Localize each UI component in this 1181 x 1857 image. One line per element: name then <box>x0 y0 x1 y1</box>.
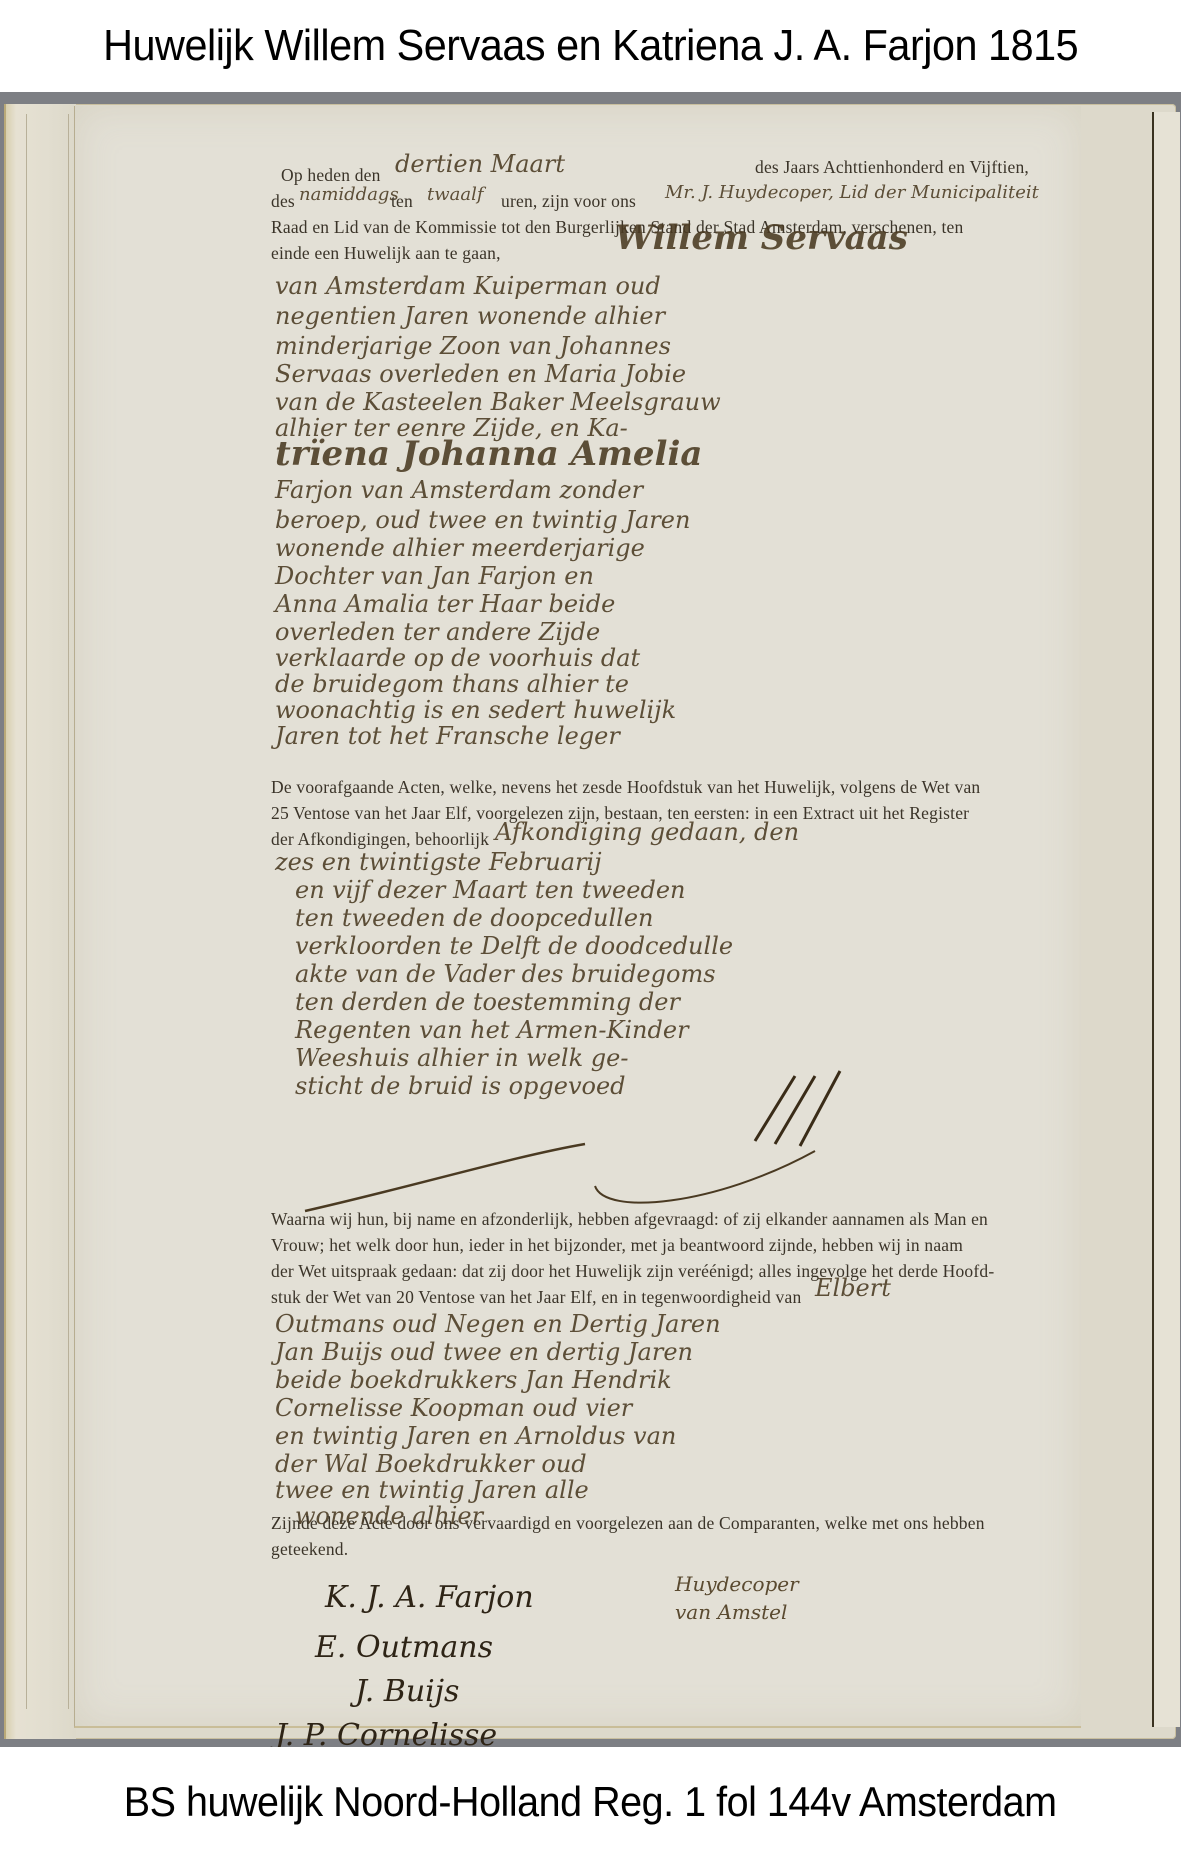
certificate-page: Op heden den dertien Maart des Jaars Ach… <box>74 106 1081 1728</box>
handwritten-groom-name: Willem Servaas <box>615 218 908 258</box>
handwritten-line: verkloorden te Delft de doodcedulle <box>295 932 733 960</box>
handwritten-date: dertien Maart <box>395 150 565 178</box>
handwritten-line: ten tweeden de doopcedullen <box>295 904 653 932</box>
handwritten-line: en vijf dezer Maart ten tweeden <box>295 876 685 904</box>
handwritten-line: Weeshuis alhier in welk ge- <box>295 1044 628 1072</box>
handwritten-line: woonachtig is en sedert huwelijk <box>275 696 676 724</box>
document-title: Huwelijk Willem Servaas en Katriena J. A… <box>103 21 1078 71</box>
handwritten-line: de bruidegom thans alhier te <box>275 670 629 698</box>
handwritten-line: akte van de Vader des bruidegoms <box>295 960 716 988</box>
printed-text: des Jaars Achttienhonderd en Vijftien, <box>755 154 1029 180</box>
handwritten-bride-name: trïena Johanna Amelia <box>275 434 702 474</box>
handwritten-line: verklaarde op de voorhuis dat <box>275 644 640 672</box>
printed-text: Vrouw; het welk door hun, ieder in het b… <box>271 1232 963 1258</box>
handwritten-line: beide boekdrukkers Jan Hendrik <box>275 1366 672 1394</box>
signature: Huydecoper <box>675 1572 799 1596</box>
handwritten-hour: twaalf <box>427 184 484 205</box>
signature: K. J. A. Farjon <box>325 1580 534 1615</box>
handwritten-line: negentien Jaren wonende alhier <box>275 302 665 330</box>
printed-text: des <box>271 188 295 214</box>
handwritten-line: zes en twintigste Februarij <box>275 848 602 876</box>
printed-text: ten <box>391 188 413 214</box>
printed-text: einde een Huwelijk aan te gaan, <box>271 240 501 266</box>
handwritten-line: der Wal Boekdrukker oud <box>275 1450 587 1478</box>
right-page-fold <box>1152 112 1180 1727</box>
handwritten-line: minderjarige Zoon van Johannes <box>275 332 671 360</box>
handwritten-line: twee en twintig Jaren alle <box>275 1476 589 1504</box>
handwritten-line: wonende alhier meerderjarige <box>275 534 645 562</box>
handwritten-line: Outmans oud Negen en Dertig Jaren <box>275 1310 721 1338</box>
printed-text: Zijnde deze Acte door ons vervaardigd en… <box>271 1510 985 1536</box>
handwritten-line: Dochter van Jan Farjon en <box>275 562 594 590</box>
handwritten-line: Elbert <box>815 1274 891 1302</box>
printed-text: uren, zijn voor ons <box>501 188 636 214</box>
scanned-document: Op heden den dertien Maart des Jaars Ach… <box>0 92 1181 1747</box>
handwritten-line: Afkondiging gedaan, den <box>495 818 799 846</box>
handwritten-line: Farjon van Amsterdam zonder <box>275 476 643 504</box>
handwritten-line: van de Kasteelen Baker Meelsgrauw <box>275 388 721 416</box>
handwritten-line: van Amsterdam Kuiperman oud <box>275 272 661 300</box>
printed-text: geteekend. <box>271 1536 348 1562</box>
handwritten-line: Jan Buijs oud twee en dertig Jaren <box>275 1338 693 1366</box>
left-page-edges <box>4 104 76 1739</box>
signature: J. Buijs <box>355 1674 459 1709</box>
handwritten-officer: Mr. J. Huydecoper, Lid der Municipalitei… <box>665 182 1039 203</box>
handwritten-line: en twintig Jaren en Arnoldus van <box>275 1422 676 1450</box>
handwritten-line: Anna Amalia ter Haar beide <box>275 590 615 618</box>
handwritten-line: Cornelisse Koopman oud vier <box>275 1394 632 1422</box>
handwritten-line: Jaren tot het Fransche leger <box>275 722 620 750</box>
title-bar: Huwelijk Willem Servaas en Katriena J. A… <box>0 0 1181 92</box>
handwritten-line: beroep, oud twee en twintig Jaren <box>275 506 690 534</box>
signature: J. P. Cornelisse <box>275 1718 497 1747</box>
handwritten-line: Regenten van het Armen-Kinder <box>295 1016 689 1044</box>
signature: van Amstel <box>675 1600 787 1624</box>
printed-text: Waarna wij hun, bij name en afzonderlijk… <box>271 1206 988 1232</box>
signature: E. Outmans <box>315 1630 493 1665</box>
printed-text: stuk der Wet van 20 Ventose van het Jaar… <box>271 1284 801 1310</box>
handwritten-time: namiddags <box>299 184 399 205</box>
handwritten-line: ten derden de toestemming der <box>295 988 680 1016</box>
handwritten-line: Servaas overleden en Maria Jobie <box>275 360 686 388</box>
handwritten-line: overleden ter andere Zijde <box>275 618 600 646</box>
printed-text: De voorafgaande Acten, welke, nevens het… <box>271 774 980 800</box>
source-caption: BS huwelijk Noord-Holland Reg. 1 fol 144… <box>124 1778 1057 1826</box>
caption-bar: BS huwelijk Noord-Holland Reg. 1 fol 144… <box>0 1747 1181 1857</box>
